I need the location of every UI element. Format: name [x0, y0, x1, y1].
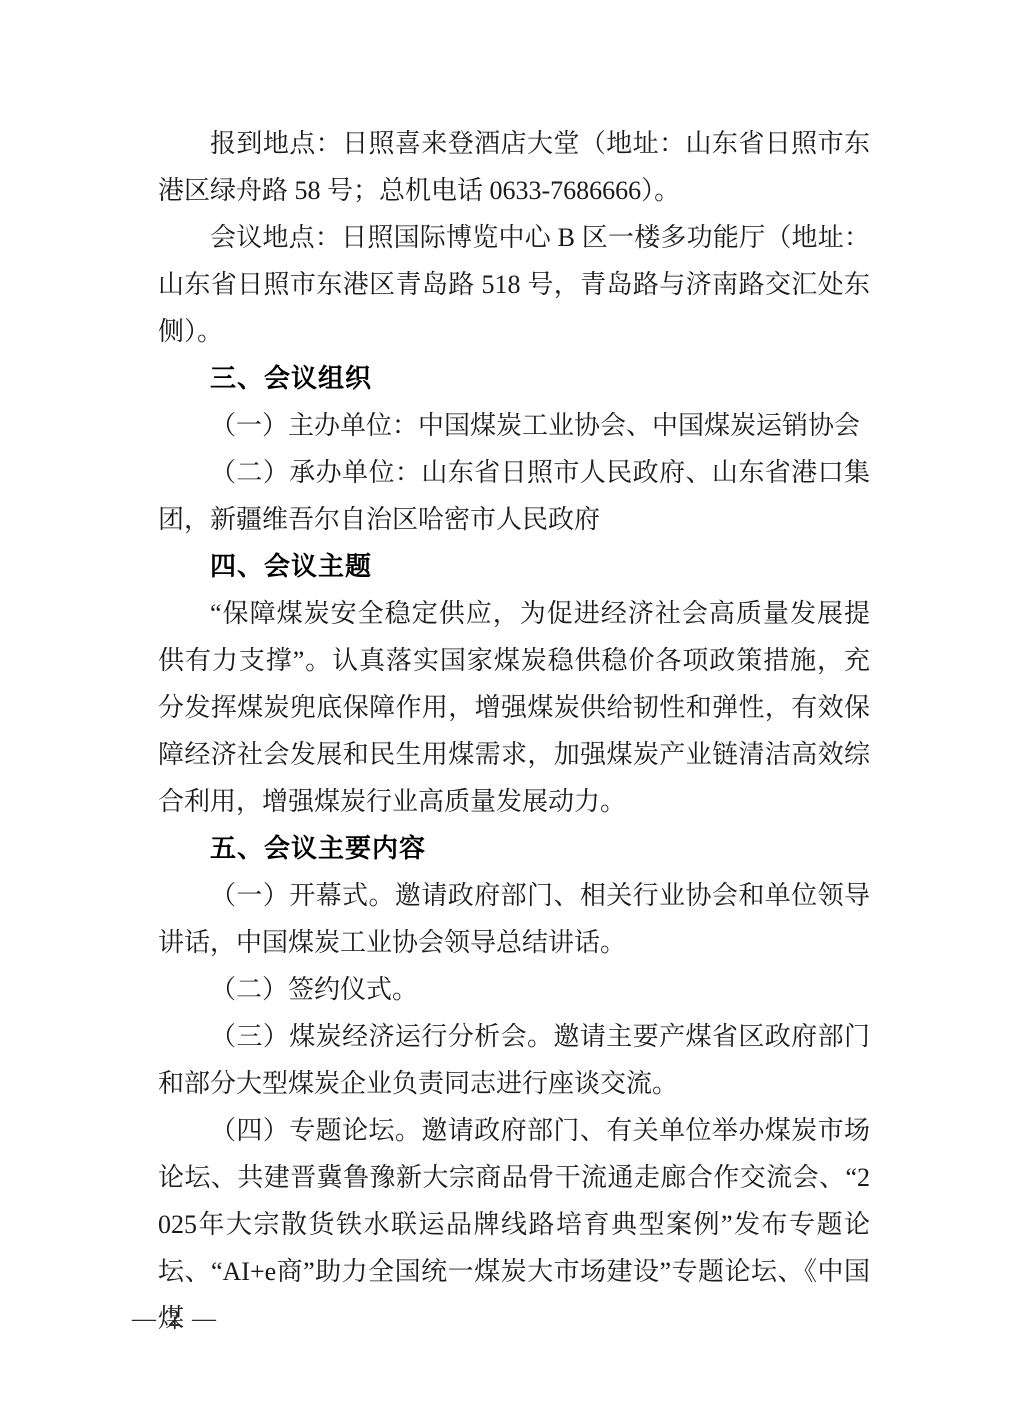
para-meeting-location: 会议地点：日照国际博览中心 B 区一楼多功能厅（地址：山东省日照市东港区青岛路 …	[158, 214, 870, 355]
heading-meeting-theme: 四、会议主题	[158, 543, 870, 590]
document-page: 报到地点：日照喜来登酒店大堂（地址：山东省日照市东港区绿舟路 58 号；总机电话…	[0, 0, 1018, 1428]
para-opening-ceremony: （一）开幕式。邀请政府部门、相关行业协会和单位领导讲话，中国煤炭工业协会领导总结…	[158, 872, 870, 966]
para-signing-ceremony: （二）签约仪式。	[158, 966, 870, 1013]
heading-meeting-organization: 三、会议组织	[158, 355, 870, 402]
para-organizer-units: （二）承办单位：山东省日照市人民政府、山东省港口集团，新疆维吾尔自治区哈密市人民…	[158, 449, 870, 543]
para-economic-analysis-meeting: （三）煤炭经济运行分析会。邀请主要产煤省区政府部门和部分大型煤炭企业负责同志进行…	[158, 1013, 870, 1107]
page-number: — 2 —	[132, 1306, 219, 1333]
document-body: 报到地点：日照喜来登酒店大堂（地址：山东省日照市东港区绿舟路 58 号；总机电话…	[158, 120, 870, 1342]
para-registration-location: 报到地点：日照喜来登酒店大堂（地址：山东省日照市东港区绿舟路 58 号；总机电话…	[158, 120, 870, 214]
heading-main-contents: 五、会议主要内容	[158, 825, 870, 872]
para-special-forums: （四）专题论坛。邀请政府部门、有关单位举办煤炭市场论坛、共建晋冀鲁豫新大宗商品骨…	[158, 1107, 870, 1342]
para-host-units: （一）主办单位：中国煤炭工业协会、中国煤炭运销协会	[158, 402, 870, 449]
para-theme-statement: “保障煤炭安全稳定供应，为促进经济社会高质量发展提供有力支撑”。认真落实国家煤炭…	[158, 590, 870, 825]
